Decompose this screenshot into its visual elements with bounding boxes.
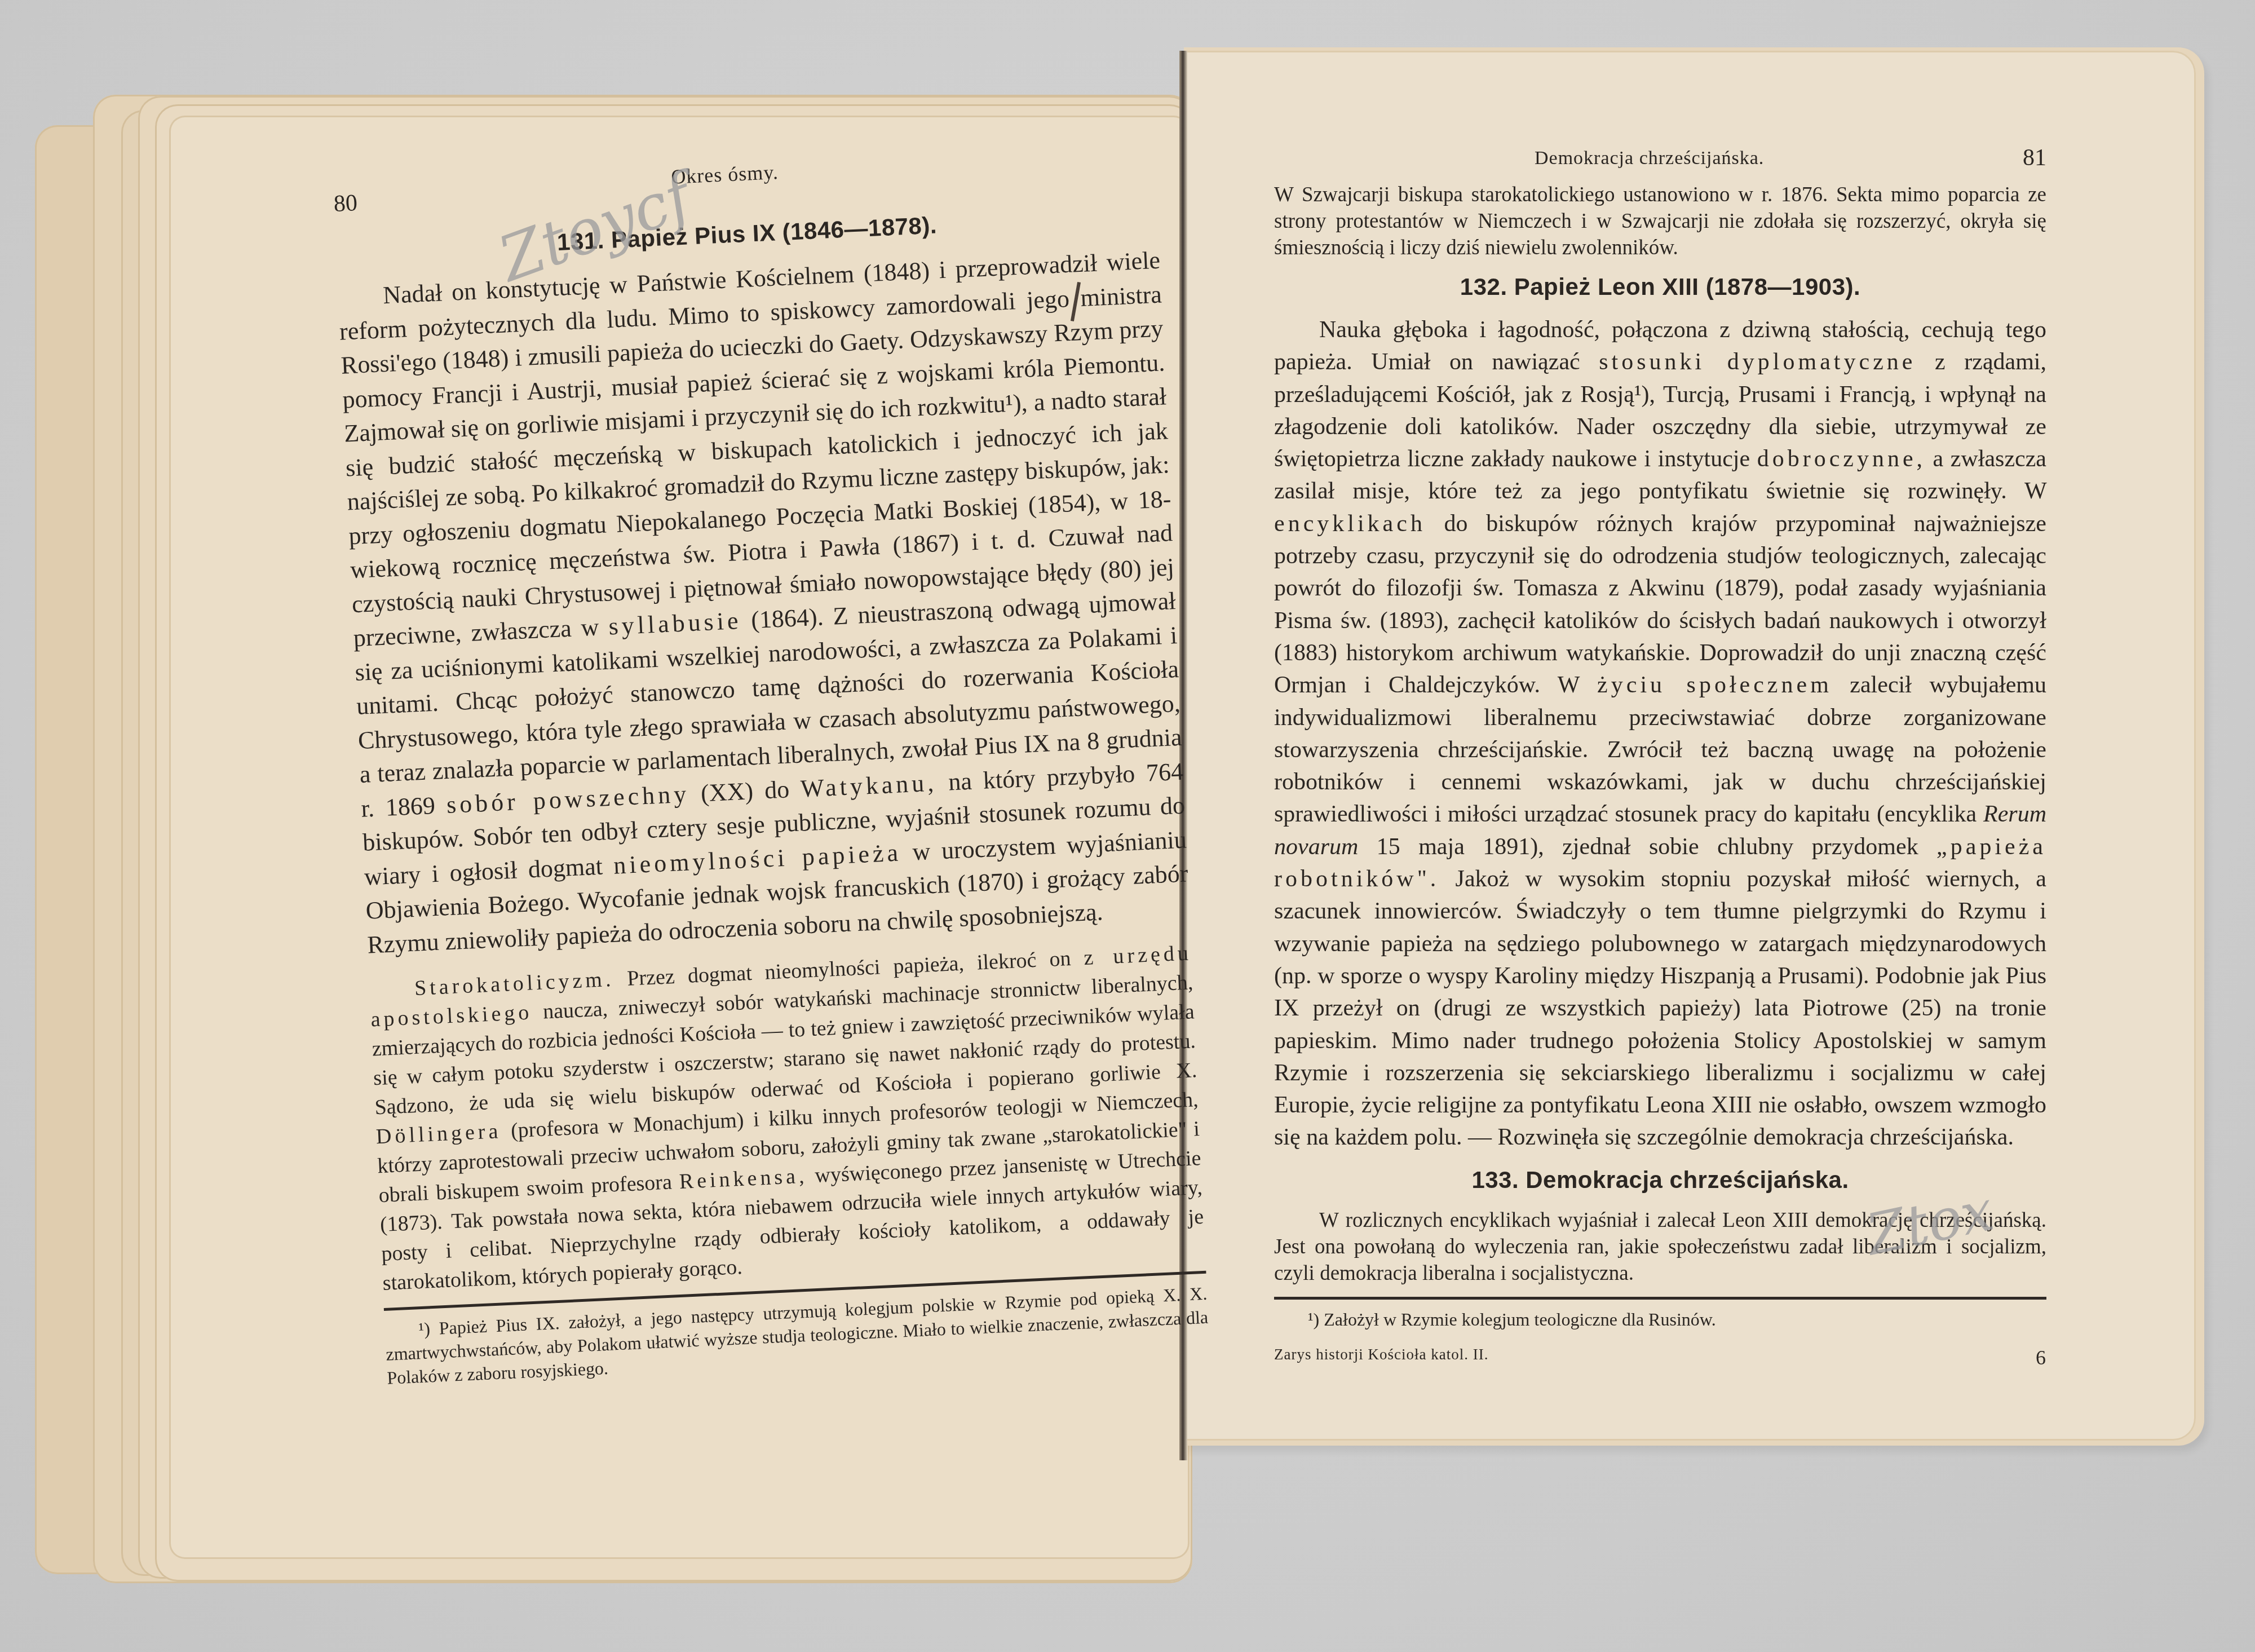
spaced-emphasis: sobór powszechny	[446, 780, 690, 819]
text-run: do biskupów różnych krajów przypominał n…	[1274, 511, 2046, 698]
spaced-emphasis: Watykanu,	[800, 768, 938, 802]
spaced-emphasis: Döllingera	[375, 1119, 502, 1149]
footnote-text: ¹) Założył w Rzymie kolegjum teologiczne…	[1274, 1308, 2046, 1331]
footnote-rule	[1274, 1297, 2046, 1300]
text-run: Jakoż w wysokim stopniu pozyskał miłość …	[1274, 866, 2046, 1150]
page-number: 80	[333, 189, 358, 218]
paragraph: Nadał on konstytucję w Państwie Kościeln…	[337, 244, 1190, 962]
small-text: Starokatolicyzm. Przez dogmat nieomylnoś…	[369, 938, 1205, 1298]
body-text: Nauka głęboka i łagodność, połączona z d…	[1274, 314, 2046, 1154]
spaced-emphasis: syllabusie	[608, 607, 742, 641]
running-head-right: Demokracja chrześcijańska. 81	[1274, 148, 2046, 182]
footnote: ¹) Założył w Rzymie kolegjum teologiczne…	[1274, 1308, 2046, 1331]
signature-number: 6	[2036, 1346, 2046, 1370]
body-text: Nadał on konstytucję w Państwie Kościeln…	[337, 244, 1190, 962]
spaced-emphasis: nieomylności papieża	[613, 838, 902, 879]
small-text: W Szwajcarji biskupa starokatolickiego u…	[1274, 182, 2046, 261]
right-page-text: Demokracja chrześcijańska. 81 W Szwajcar…	[1274, 148, 2046, 1370]
paragraph: Nauka głęboka i łagodność, połączona z d…	[1274, 314, 2046, 1154]
signature-text: Zarys historji Kościoła katol. II.	[1274, 1346, 1488, 1370]
section-title-132: 132. Papież Leon XIII (1878—1903).	[1274, 273, 2046, 301]
paragraph: W Szwajcarji biskupa starokatolickiego u…	[1274, 182, 2046, 261]
spaced-emphasis: stosunki dyplomatyczne	[1599, 349, 1916, 375]
spaced-emphasis: dobroczynne,	[1757, 446, 1926, 472]
run-in-heading: Starokatolicyzm.	[414, 968, 614, 1000]
text-run: Nadał on konstytucję w Państwie Kościeln…	[339, 246, 1175, 652]
spaced-emphasis: encyklikach	[1274, 511, 1426, 537]
printer-signature: Zarys historji Kościoła katol. II. 6	[1274, 1346, 2046, 1370]
running-head-title: Demokracja chrześcijańska.	[1535, 148, 1764, 169]
running-head-title: Okres ósmy.	[670, 160, 779, 189]
left-page-text: 80 Okres ósmy. 131. Papież Pius IX (1846…	[333, 143, 1210, 1390]
text-run: (XX) do	[700, 775, 790, 807]
page-number: 81	[2023, 144, 2046, 171]
spaced-emphasis: życiu społecznem	[1597, 672, 1832, 698]
text-run: 15 maja 1891), zjednał sobie chlubny prz…	[1377, 834, 1918, 860]
paragraph: Starokatolicyzm. Przez dogmat nieomylnoś…	[369, 938, 1205, 1298]
spaced-emphasis: Reinkensa,	[679, 1164, 808, 1194]
